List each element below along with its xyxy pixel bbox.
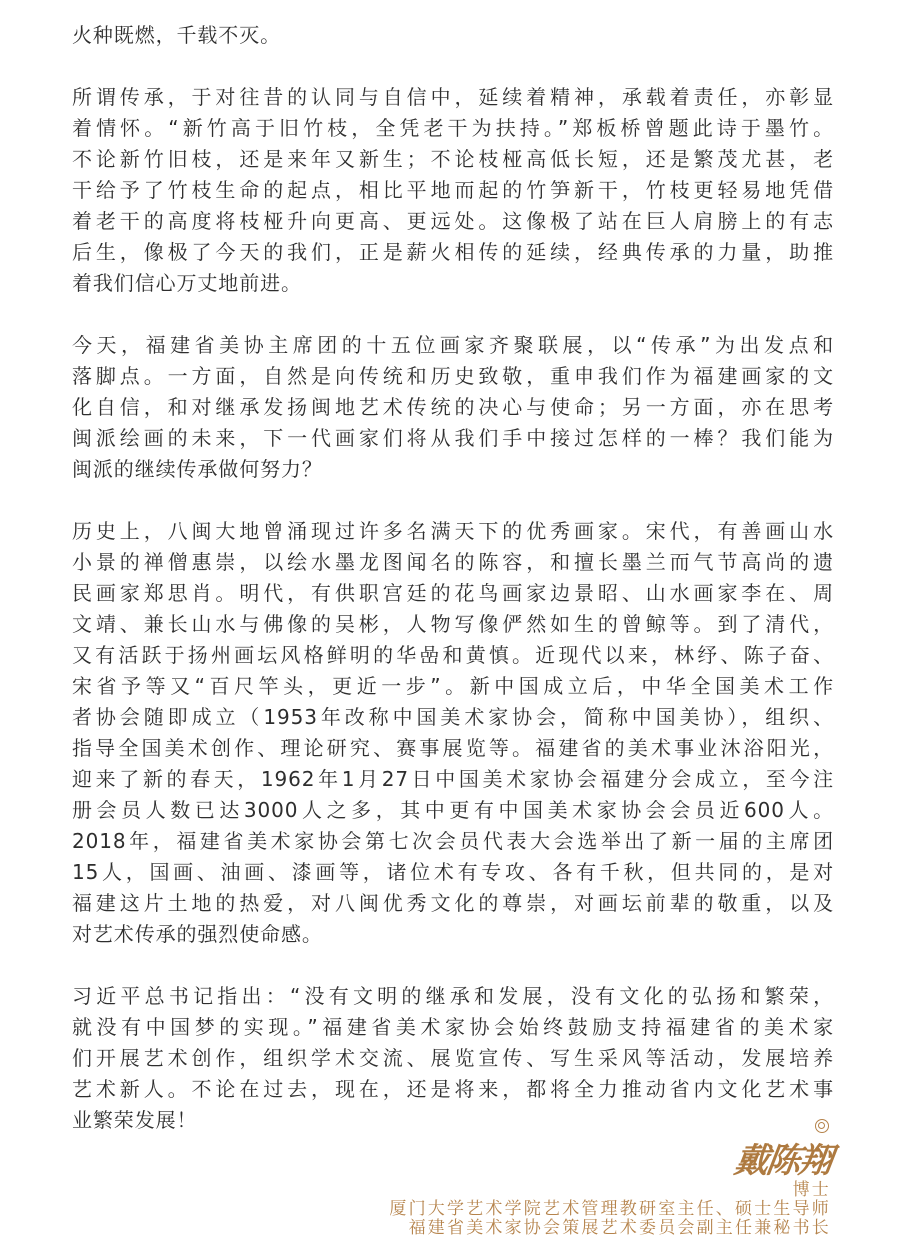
text-line: 所谓传承，于对往昔的认同与自信中，延续着精神，承载着责任，亦彰显 [72, 82, 834, 113]
text-line: 闽派的继续传承做何努力？ [72, 454, 834, 485]
text-line: 着老干的高度将枝桠升向更高、更远处。这像极了站在巨人肩膀上的有志 [72, 206, 834, 237]
text-line: 对艺术传承的强烈使命感。 [72, 919, 834, 950]
text-line: 干给予了竹枝生命的起点，相比平地而起的竹笋新干，竹枝更轻易地凭借 [72, 175, 834, 206]
text-line: 习近平总书记指出：“没有文明的继承和发展，没有文化的弘扬和繁荣， [72, 981, 834, 1012]
text-line: 小景的禅僧惠崇，以绘水墨龙图闻名的陈容，和擅长墨兰而气节高尚的遗 [72, 547, 834, 578]
text-line: 闽派绘画的未来，下一代画家们将从我们手中接过怎样的一棒？我们能为 [72, 423, 834, 454]
author-position-1: 厦门大学艺术学院艺术管理教研室主任、硕士生导师 [389, 1200, 831, 1219]
text-line: 落脚点。一方面，自然是向传统和历史致敬，重申我们作为福建画家的文 [72, 361, 834, 392]
text-line: 不论新竹旧枝，还是来年又新生；不论枝桠高低长短，还是繁茂尤甚，老 [72, 144, 834, 175]
text-line: 历史上，八闽大地曾涌现过许多名满天下的优秀画家。宋代，有善画山水 [72, 516, 834, 547]
text-line: 福建这片土地的热爱，对八闽优秀文化的尊崇，对画坛前辈的敬重，以及 [72, 888, 834, 919]
author-position-2: 福建省美术家协会策展艺术委员会副主任兼秘书长 [389, 1219, 831, 1238]
text-line: 指导全国美术创作、理论研究、赛事展览等。福建省的美术事业沐浴阳光， [72, 733, 834, 764]
text-line: 着情怀。“新竹高于旧竹枝，全凭老干为扶持。”郑板桥曾题此诗于墨竹。 [72, 113, 834, 144]
text-line: 2018年，福建省美术家协会第七次会员代表大会选举出了新一届的主席团 [72, 826, 834, 857]
text-line: 后生，像极了今天的我们，正是薪火相传的延续，经典传承的力量，助推 [72, 237, 834, 268]
paragraph: 习近平总书记指出：“没有文明的继承和发展，没有文化的弘扬和繁荣，就没有中国梦的实… [72, 981, 834, 1136]
text-line: 宋省予等又“百尺竿头，更近一步”。新中国成立后，中华全国美术工作 [72, 671, 834, 702]
paragraph: 历史上，八闽大地曾涌现过许多名满天下的优秀画家。宋代，有善画山水小景的禅僧惠崇，… [72, 516, 834, 950]
text-line: 者协会随即成立（1953年改称中国美术家协会，简称中国美协），组织、 [72, 702, 834, 733]
text-line: 就没有中国梦的实现。”福建省美术家协会始终鼓励支持福建省的美术家 [72, 1012, 834, 1043]
text-line: 火种既燃，千载不灭。 [72, 20, 834, 51]
text-line: 15人，国画、油画、漆画等，诸位术有专攻、各有千秋，但共同的，是对 [72, 857, 834, 888]
article-body: 火种既燃，千载不灭。所谓传承，于对往昔的认同与自信中，延续着精神，承载着责任，亦… [72, 20, 834, 1167]
text-line: 迎来了新的春天，1962年1月27日中国美术家协会福建分会成立，至今注 [72, 764, 834, 795]
paragraph: 火种既燃，千载不灭。 [72, 20, 834, 51]
paragraph: 今天，福建省美协主席团的十五位画家齐聚联展，以“传承”为出发点和落脚点。一方面，… [72, 330, 834, 485]
text-line: 又有活跃于扬州画坛风格鲜明的华嵒和黄慎。近现代以来，林纾、陈子奋、 [72, 640, 834, 671]
author-signature: 戴陈翔 [387, 1141, 834, 1181]
seal-icon [815, 1119, 829, 1133]
text-line: 文靖、兼长山水与佛像的吴彬，人物写像俨然如生的曾鲸等。到了清代， [72, 609, 834, 640]
text-line: 今天，福建省美协主席团的十五位画家齐聚联展，以“传承”为出发点和 [72, 330, 834, 361]
text-line: 化自信，和对继承发扬闽地艺术传统的决心与使命；另一方面，亦在思考 [72, 392, 834, 423]
author-title: 博士 [389, 1181, 831, 1200]
text-line: 民画家郑思肖。明代，有供职宫廷的花鸟画家边景昭、山水画家李在、周 [72, 578, 834, 609]
text-line: 们开展艺术创作，组织学术交流、展览宣传、写生采风等活动，发展培养 [72, 1043, 834, 1074]
paragraph: 所谓传承，于对往昔的认同与自信中，延续着精神，承载着责任，亦彰显着情怀。“新竹高… [72, 82, 834, 299]
text-line: 艺术新人。不论在过去，现在，还是将来，都将全力推动省内文化艺术事 [72, 1074, 834, 1105]
author-block: 戴陈翔 博士 厦门大学艺术学院艺术管理教研室主任、硕士生导师 福建省美术家协会策… [389, 1118, 831, 1238]
text-line: 着我们信心万丈地前进。 [72, 268, 834, 299]
text-line: 册会员人数已达3000人之多，其中更有中国美术家协会会员近600人。 [72, 795, 834, 826]
